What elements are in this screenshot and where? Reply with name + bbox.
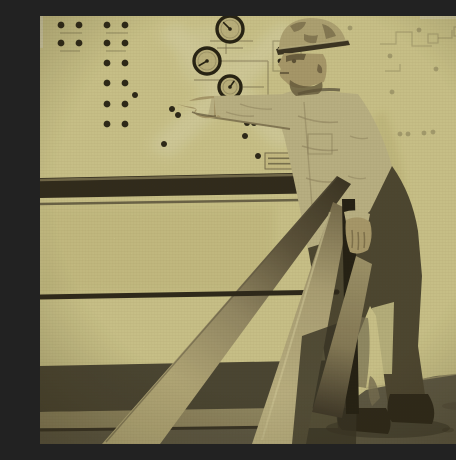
film-grain bbox=[40, 16, 456, 444]
photograph bbox=[40, 16, 456, 444]
photo-canvas bbox=[40, 16, 456, 444]
photo-artifacts bbox=[40, 16, 456, 444]
